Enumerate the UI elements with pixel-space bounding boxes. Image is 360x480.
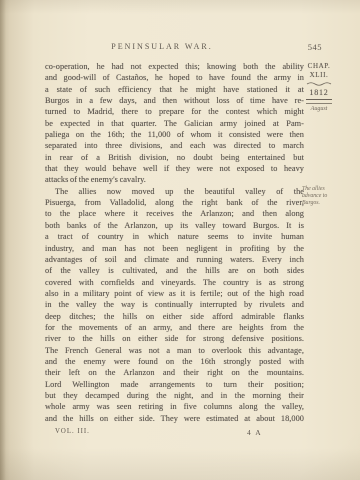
scanned-book-page: PENINSULAR WAR. 545 co-operation, he had…	[0, 0, 360, 480]
text-line: The French General was not a man to over…	[45, 345, 304, 356]
squiggle-rule-icon	[306, 81, 332, 86]
volume-label: VOL. III.	[55, 428, 90, 435]
text-line: but they decamped during the night, and …	[45, 390, 304, 401]
text-line: separated into three divisions, and each…	[45, 140, 304, 151]
text-line: also in a military point of view as it i…	[45, 288, 304, 299]
text-line: whole army was seen retiring in five col…	[45, 401, 304, 412]
page-header: PENINSULAR WAR. 545	[46, 42, 324, 54]
chapter-margin-note: CHAP. XLII. 1812 August	[299, 62, 339, 113]
text-line: in rear of a British division, no doubt …	[45, 152, 304, 163]
body-text: co-operation, he had not expected this; …	[45, 61, 304, 424]
text-line: The allies now moved up the beautiful va…	[45, 186, 304, 197]
text-line: of the valley is cultivated, and the hil…	[45, 265, 304, 276]
text-line: both banks of the Arlanzon, up its valle…	[45, 220, 304, 231]
text-line: a state of such efficiency that he might…	[45, 84, 304, 95]
text-line: Pisuerga, from Valladolid, along the rig…	[45, 197, 304, 208]
running-title: PENINSULAR WAR.	[46, 42, 278, 51]
text-line: covered with cornfields and vineyards. T…	[45, 277, 304, 288]
page-edge-shadow	[0, 0, 6, 480]
paragraph: co-operation, he had not expected this; …	[45, 61, 304, 186]
text-line: that they would behave well if they were…	[45, 163, 304, 174]
text-line: in the valley the way is continually int…	[45, 299, 304, 310]
text-line: to the place where it receives the Arlan…	[45, 208, 304, 219]
double-rule	[306, 99, 332, 104]
text-line: co-operation, he had not expected this; …	[45, 61, 304, 72]
text-line: for the movements of an army, and there …	[45, 322, 304, 333]
text-line: attacks of the enemy's cavalry.	[45, 174, 304, 185]
chapter-numeral: XLII.	[299, 71, 339, 80]
sidenote: The allies advance to Burgos.	[302, 186, 336, 207]
text-line: and the enemy were found on the 16th str…	[45, 356, 304, 367]
month-label: August	[299, 106, 339, 113]
chapter-label: CHAP.	[299, 62, 339, 71]
text-line: Lord Wellington made arrangements to tur…	[45, 379, 304, 390]
text-line: be expected in that quarter. The Galicia…	[45, 118, 304, 129]
year-label: 1812	[299, 88, 339, 97]
page-number: 545	[308, 42, 322, 52]
text-line: and the hills on either side. They were …	[45, 413, 304, 424]
text-line: turned to Madrid, there to prepare for t…	[45, 106, 304, 117]
text-line: and good-will of Castaños, he hoped to h…	[45, 72, 304, 83]
text-line: advantages of soil and climate and runni…	[45, 254, 304, 265]
signature-mark: 4 A	[247, 428, 262, 437]
paragraph: The allies now moved up the beautiful va…	[45, 186, 304, 424]
text-line: their left on the Arlanzon and their rig…	[45, 367, 304, 378]
text-line: a tract of country in which nature seems…	[45, 231, 304, 242]
text-line: river to the hills on either side for st…	[45, 333, 304, 344]
text-line: industry, and man has not been negligent…	[45, 243, 304, 254]
text-line: paliega on the 16th; the 11,000 of whom …	[45, 129, 304, 140]
text-line: Burgos in a few days, and then without l…	[45, 95, 304, 106]
text-line: deep ditches; the hills on either side a…	[45, 311, 304, 322]
page-footer: VOL. III. 4 A	[45, 428, 304, 438]
